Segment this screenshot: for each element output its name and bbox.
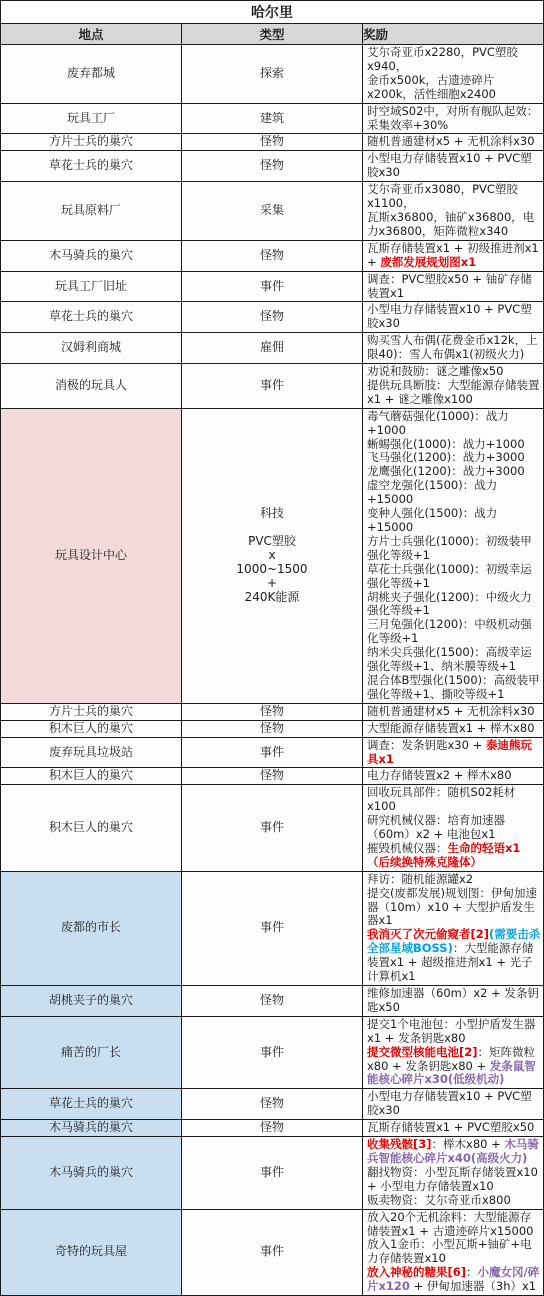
type-line: + (184, 577, 360, 591)
type-cell: 事件 (182, 737, 363, 768)
page-title: 哈尔里 (1, 1, 544, 24)
location-cell: 草花士兵的巢穴 (1, 302, 182, 333)
location-cell: 废弃都城 (1, 45, 182, 104)
reward-line: 瓦斯存储装置x1 + 初级推进剂x1 + 废都发展规划图x1 (367, 242, 541, 270)
type-line: 怪物 (184, 705, 360, 719)
reward-cell: 收集残骸[3]：榉木x80 + 木马骑兵智能核心碎片x40(高级火力)翻找物资：… (363, 1137, 544, 1210)
reward-cell: 随机普通建材x5 + 无机涂料x30 (363, 703, 544, 720)
reward-line: 随机普通建材x5 + 无机涂料x30 (367, 135, 541, 149)
table-row: 汉姆利商城雇佣购买雪人布偶(花费金币x12k，上限40)：雪人布偶x1(初级火力… (1, 333, 544, 364)
type-line: 建筑 (184, 112, 360, 126)
reward-segment-red: 废都发展规划图x1 (380, 255, 476, 269)
reward-segment: 草花士兵强化(1000)：初级幸运强化等级+1 (367, 562, 532, 590)
location-cell: 废都的市长 (1, 871, 182, 985)
reward-cell: 瓦斯存储装置x1 + 初级推进剂x1 + 废都发展规划图x1 (363, 240, 544, 271)
reward-segment: 小型电力存储装置x10 + PVC塑胶x30 (367, 151, 532, 179)
reward-segment: 拜访：随机能源罐x2 (367, 872, 473, 886)
reward-line: 随机普通建材x5 + 无机涂料x30 (367, 705, 541, 719)
reward-line: 蜥蜴强化(1000)：战力+1000 (367, 438, 541, 452)
type-cell: 事件 (182, 271, 363, 302)
reward-segment: 纳米尖兵强化(1500)：高级幸运强化等级+1、纳米膜等级+1 (367, 645, 532, 673)
reward-line: 翻找物资：小型瓦斯存储装置x10 + 小型电力存储装置x10 (367, 1166, 541, 1194)
table-row: 玩具原料厂采集艾尔奇亚币x3080，PVC塑胶x1100，瓦斯x36800，铀矿… (1, 182, 544, 241)
table-body: 废弃都城探索艾尔奇亚币x2280，PVC塑胶x940，金币x500k，古遗迹碎片… (1, 45, 544, 1296)
column-header-type: 类型 (182, 24, 363, 45)
reward-line: 劝说和鼓励：谜之雕像x50 (367, 365, 541, 379)
reward-segment: 三月兔强化(1200)：中级机动强化等级+1 (367, 617, 532, 645)
reward-segment: 劝说和鼓励：谜之雕像x50 (367, 364, 503, 378)
reward-segment-red: 提交微型核能电池[2] (367, 1045, 478, 1059)
reward-cell: 维修加速器（60m）x2 + 发条钥匙x50 (363, 986, 544, 1017)
reward-segment: 瓦斯存储装置x1 + PVC塑胶x50 (367, 1120, 534, 1134)
reward-cell: 小型电力存储装置x10 + PVC塑胶x30 (363, 302, 544, 333)
reward-line: 艾尔奇亚币x3080，PVC塑胶x1100， (367, 183, 541, 211)
type-line: 事件 (184, 821, 360, 835)
type-cell: 怪物 (182, 1120, 363, 1137)
reward-cell: 电力存储装置x2 + 榉木x80 (363, 768, 544, 785)
reward-line: 草花士兵强化(1000)：初级幸运强化等级+1 (367, 563, 541, 591)
location-cell: 草花士兵的巢穴 (1, 151, 182, 182)
location-cell: 积木巨人的巢穴 (1, 785, 182, 871)
reward-line: 收集残骸[3]：榉木x80 + 木马骑兵智能核心碎片x40(高级火力) (367, 1138, 541, 1166)
type-cell: 事件 (182, 364, 363, 409)
reward-segment: 毒气蘑菇强化(1000)：战力+1000 (367, 409, 509, 437)
reward-line: 瓦斯存储装置x1 + PVC塑胶x50 (367, 1121, 541, 1135)
table-row: 痛苦的厂长事件提交1个电池包：小型护盾发生器x1 + 发条钥匙x80提交微型核能… (1, 1016, 544, 1089)
reward-cell: 时空域S02中，对所有舰队起效：采集效率+30% (363, 103, 544, 134)
reward-table: 哈尔里 地点 类型 奖励 废弃都城探索艾尔奇亚币x2280，PVC塑胶x940，… (0, 0, 544, 1296)
reward-cell: 放入20个无机涂料：大型能源存储装置x1 + 古遗迹碎片x15000放入1金币：… (363, 1209, 544, 1295)
location-cell: 积木巨人的巢穴 (1, 768, 182, 785)
type-line: 240K能源 (184, 591, 360, 605)
table-row: 玩具工厂旧址事件调查：PVC塑胶x50 + 铀矿存储装置x1 (1, 271, 544, 302)
location-cell: 痛苦的厂长 (1, 1016, 182, 1089)
type-line: 怪物 (184, 135, 360, 149)
type-cell: 事件 (182, 1016, 363, 1089)
type-line: 采集 (184, 204, 360, 218)
reward-line: 小型电力存储装置x10 + PVC塑胶x30 (367, 152, 541, 180)
reward-line: 飞马强化(1200)：战力+3000 (367, 451, 541, 465)
table-row: 草花士兵的巢穴怪物小型电力存储装置x10 + PVC塑胶x30 (1, 1089, 544, 1120)
reward-segment: 艾尔奇亚币x2280，PVC塑胶x940， (367, 45, 518, 73)
type-cell: 雇佣 (182, 333, 363, 364)
type-line: 怪物 (184, 1121, 360, 1135)
reward-line: 回收玩具部件：随机S02耗材x100 (367, 786, 541, 814)
type-line: 雇佣 (184, 341, 360, 355)
table-row: 废弃玩具垃圾站事件调查：发条钥匙x30 + 泰迪熊玩具x1 (1, 737, 544, 768)
type-line: 怪物 (184, 994, 360, 1008)
reward-segment: 虚空龙强化(1500)：战力+15000 (367, 478, 497, 506)
reward-segment: 蜥蜴强化(1000)：战力+1000 (367, 437, 525, 451)
reward-line: 变种人强化(1500)：战力+15000 (367, 507, 541, 535)
type-cell: 事件 (182, 785, 363, 871)
reward-line: 小型电力存储装置x10 + PVC塑胶x30 (367, 1090, 541, 1118)
table-row: 木马骑兵的巢穴怪物瓦斯存储装置x1 + PVC塑胶x50 (1, 1120, 544, 1137)
reward-segment: 随机普通建材x5 + 无机涂料x30 (367, 134, 535, 148)
reward-line: 大型能源存储装置x1 + 榉木x80 (367, 722, 541, 736)
type-cell: 怪物 (182, 151, 363, 182)
location-cell: 汉姆利商城 (1, 333, 182, 364)
location-cell: 方片士兵的巢穴 (1, 134, 182, 151)
type-cell: 怪物 (182, 1089, 363, 1120)
reward-line: 虚空龙强化(1500)：战力+15000 (367, 479, 541, 507)
location-cell: 玩具原料厂 (1, 182, 182, 241)
reward-segment: 时空域S02中，对所有舰队起效：采集效率+30% (367, 104, 538, 132)
reward-cell: 回收玩具部件：随机S02耗材x100研究机械仪器：培育加速器（60m）x2 + … (363, 785, 544, 871)
location-cell: 木马骑兵的巢穴 (1, 1137, 182, 1210)
table-row: 消极的玩具人事件劝说和鼓励：谜之雕像x50提供玩具断肢：大型能源存储装置x1 +… (1, 364, 544, 409)
reward-segment: 研究机械仪器：培育加速器（60m）x2 + 电池包x1 (367, 813, 505, 841)
reward-line: 胡桃夹子强化(1200)：中级火力强化等级+1 (367, 591, 541, 619)
reward-segment: 调查：发条钥匙x30 + (367, 738, 486, 752)
column-header-location: 地点 (1, 24, 182, 45)
reward-line: 提交(废都发展)规划图：伊甸加速器（10m）x10 + 大型护盾发生器x1 (367, 887, 541, 929)
reward-line: 时空域S02中，对所有舰队起效：采集效率+30% (367, 105, 541, 133)
location-cell: 木马骑兵的巢穴 (1, 1120, 182, 1137)
type-line: 怪物 (184, 1097, 360, 1111)
table-row: 方片士兵的巢穴怪物随机普通建材x5 + 无机涂料x30 (1, 134, 544, 151)
reward-line: 放入神秘的糖果[6]：小魔女冈/碎片x120 + 伊甸加速器（3h）x1 (367, 1266, 541, 1294)
reward-line: 调查：PVC塑胶x50 + 铀矿存储装置x1 (367, 273, 541, 301)
reward-segment: 艾尔奇亚币x3080，PVC塑胶x1100， (367, 182, 518, 210)
reward-segment: 瓦斯x36800，铀矿x36800，电力x36800，矩阵微粒x340 (367, 210, 534, 238)
reward-segment: 电力存储装置x2 + 榉木x80 (367, 768, 512, 782)
title-row: 哈尔里 (1, 1, 544, 24)
reward-cell: 毒气蘑菇强化(1000)：战力+1000蜥蜴强化(1000)：战力+1000飞马… (363, 408, 544, 703)
type-cell: 怪物 (182, 986, 363, 1017)
type-line: 事件 (184, 746, 360, 760)
reward-segment: 小型电力存储装置x10 + PVC塑胶x30 (367, 1089, 532, 1117)
reward-segment: 大型能源存储装置x1 + 榉木x80 (367, 721, 535, 735)
table-row: 木马骑兵的巢穴事件收集残骸[3]：榉木x80 + 木马骑兵智能核心碎片x40(高… (1, 1137, 544, 1210)
reward-line: 混合体B型强化(1500)：高级装甲强化等级+1、撕咬等级+1 (367, 674, 541, 702)
reward-segment: 胡桃夹子强化(1200)：中级火力强化等级+1 (367, 590, 532, 618)
reward-line: 维修加速器（60m）x2 + 发条钥匙x50 (367, 987, 541, 1015)
reward-segment: 放入20个无机涂料：大型能源存储装置x1 + 古遗迹碎片x15000 (367, 1210, 533, 1238)
reward-segment: 变种人强化(1500)：战力+15000 (367, 506, 497, 534)
table-row: 积木巨人的巢穴怪物电力存储装置x2 + 榉木x80 (1, 768, 544, 785)
type-line (184, 521, 360, 535)
type-cell: 怪物 (182, 768, 363, 785)
reward-segment: ： (466, 1265, 478, 1279)
reward-segment: ：榉木x80 + (432, 1137, 505, 1151)
type-line: x (184, 549, 360, 563)
header-row: 地点 类型 奖励 (1, 24, 544, 45)
table-row: 废都的市长事件拜访：随机能源罐x2提交(废都发展)规划图：伊甸加速器（10m）x… (1, 871, 544, 985)
reward-line: 毒气蘑菇强化(1000)：战力+1000 (367, 410, 541, 438)
type-line: 怪物 (184, 722, 360, 736)
reward-line: 艾尔奇亚币x2280，PVC塑胶x940， (367, 46, 541, 74)
reward-cell: 调查：发条钥匙x30 + 泰迪熊玩具x1 (363, 737, 544, 768)
location-cell: 奇特的玩具屋 (1, 1209, 182, 1295)
reward-segment: 小型电力存储装置x10 + PVC塑胶x30 (367, 302, 532, 330)
type-cell: 建筑 (182, 103, 363, 134)
column-header-reward: 奖励 (363, 24, 544, 45)
reward-line: 贩卖物资：艾尔奇亚币x800 (367, 1194, 541, 1208)
type-cell: 怪物 (182, 302, 363, 333)
reward-line: 摧毁机械仪器：生命的轻语x1 （后续换特殊克隆体） (367, 842, 541, 870)
type-line: 事件 (184, 921, 360, 935)
location-cell: 积木巨人的巢穴 (1, 720, 182, 737)
reward-line: 电力存储装置x2 + 榉木x80 (367, 769, 541, 783)
reward-segment-red: 我消灭了次元偷窥者[2] (367, 927, 489, 941)
type-cell: 怪物 (182, 720, 363, 737)
reward-segment: 提供玩具断肢：大型能源存储装置x1 + 谜之雕像x100 (367, 378, 540, 406)
location-cell: 废弃玩具垃圾站 (1, 737, 182, 768)
reward-segment: 摧毁机械仪器： (367, 841, 448, 855)
type-line: 科技 (184, 507, 360, 521)
location-cell: 玩具工厂旧址 (1, 271, 182, 302)
type-line: 事件 (184, 1166, 360, 1180)
table-row: 草花士兵的巢穴怪物小型电力存储装置x10 + PVC塑胶x30 (1, 302, 544, 333)
reward-cell: 购买雪人布偶(花费金币x12k，上限40)：雪人布偶x1(初级火力) (363, 333, 544, 364)
reward-line: 瓦斯x36800，铀矿x36800，电力x36800，矩阵微粒x340 (367, 211, 541, 239)
reward-segment: 混合体B型强化(1500)：高级装甲强化等级+1、撕咬等级+1 (367, 673, 540, 701)
location-cell: 方片士兵的巢穴 (1, 703, 182, 720)
reward-cell: 随机普通建材x5 + 无机涂料x30 (363, 134, 544, 151)
table-row: 废弃都城探索艾尔奇亚币x2280，PVC塑胶x940，金币x500k，古遗迹碎片… (1, 45, 544, 104)
location-cell: 胡桃夹子的巢穴 (1, 986, 182, 1017)
reward-segment: 提交(废都发展)规划图：伊甸加速器（10m）x10 + 大型护盾发生器x1 (367, 886, 537, 928)
type-cell: 怪物 (182, 703, 363, 720)
location-cell: 消极的玩具人 (1, 364, 182, 409)
reward-segment: 调查：PVC塑胶x50 + 铀矿存储装置x1 (367, 272, 532, 300)
type-line: 怪物 (184, 249, 360, 263)
reward-line: 放入20个无机涂料：大型能源存储装置x1 + 古遗迹碎片x15000 (367, 1211, 541, 1239)
reward-cell: 拜访：随机能源罐x2提交(废都发展)规划图：伊甸加速器（10m）x10 + 大型… (363, 871, 544, 985)
reward-line: 放入1金币：小型瓦斯+铀矿+电力存储装置x10 (367, 1238, 541, 1266)
reward-line: 拜访：随机能源罐x2 (367, 873, 541, 887)
reward-cell: 瓦斯存储装置x1 + PVC塑胶x50 (363, 1120, 544, 1137)
reward-line: 我消灭了次元偷窥者[2](需要击杀全部星域BOSS)：大型能源存储装置x1 + … (367, 928, 541, 984)
type-cell: 科技 PVC塑胶x1000~1500+240K能源 (182, 408, 363, 703)
reward-segment: + 伊甸加速器（3h）x1 (410, 1279, 536, 1293)
type-line: 事件 (184, 1046, 360, 1060)
type-line: 怪物 (184, 769, 360, 783)
table-row: 玩具设计中心科技 PVC塑胶x1000~1500+240K能源毒气蘑菇强化(10… (1, 408, 544, 703)
table-row: 胡桃夹子的巢穴怪物维修加速器（60m）x2 + 发条钥匙x50 (1, 986, 544, 1017)
reward-line: 方片士兵强化(1000)：初级装甲强化等级+1 (367, 535, 541, 563)
reward-segment: 贩卖物资：艾尔奇亚币x800 (367, 1193, 511, 1207)
reward-segment-red: 放入神秘的糖果[6] (367, 1265, 466, 1279)
location-cell: 玩具工厂 (1, 103, 182, 134)
type-line: 事件 (184, 1245, 360, 1259)
reward-line: 购买雪人布偶(花费金币x12k，上限40)：雪人布偶x1(初级火力) (367, 334, 541, 362)
reward-segment: 翻找物资：小型瓦斯存储装置x10 + 小型电力存储装置x10 (367, 1165, 538, 1193)
type-cell: 事件 (182, 1209, 363, 1295)
type-line: 事件 (184, 280, 360, 294)
table-row: 积木巨人的巢穴怪物大型能源存储装置x1 + 榉木x80 (1, 720, 544, 737)
reward-cell: 提交1个电池包：小型护盾发生器x1 + 发条钥匙x80提交微型核能电池[2]：矩… (363, 1016, 544, 1089)
location-cell: 草花士兵的巢穴 (1, 1089, 182, 1120)
type-line: 探索 (184, 67, 360, 81)
reward-segment: 提交1个电池包：小型护盾发生器x1 + 发条钥匙x80 (367, 1017, 535, 1045)
table-row: 玩具工厂建筑时空域S02中，对所有舰队起效：采集效率+30% (1, 103, 544, 134)
reward-line: 龙鹰强化(1200)：战力+3000 (367, 465, 541, 479)
reward-line: 金币x500k，古遗迹碎片x200k，活性细胞x2400 (367, 74, 541, 102)
reward-line: 小型电力存储装置x10 + PVC塑胶x30 (367, 303, 541, 331)
reward-segment: 金币x500k，古遗迹碎片x200k，活性细胞x2400 (367, 73, 496, 101)
reward-segment: 随机普通建材x5 + 无机涂料x30 (367, 704, 535, 718)
reward-segment: 放入1金币：小型瓦斯+铀矿+电力存储装置x10 (367, 1237, 532, 1265)
reward-segment: 回收玩具部件：随机S02耗材x100 (367, 785, 515, 813)
reward-cell: 调查：PVC塑胶x50 + 铀矿存储装置x1 (363, 271, 544, 302)
type-line: PVC塑胶 (184, 535, 360, 549)
reward-line: 提交1个电池包：小型护盾发生器x1 + 发条钥匙x80 (367, 1018, 541, 1046)
reward-segment: 维修加速器（60m）x2 + 发条钥匙x50 (367, 986, 539, 1014)
type-cell: 事件 (182, 1137, 363, 1210)
type-line: 怪物 (184, 310, 360, 324)
reward-cell: 艾尔奇亚币x3080，PVC塑胶x1100，瓦斯x36800，铀矿x36800，… (363, 182, 544, 241)
reward-line: 调查：发条钥匙x30 + 泰迪熊玩具x1 (367, 739, 541, 767)
reward-segment-red: 收集残骸[3] (367, 1137, 432, 1151)
type-cell: 探索 (182, 45, 363, 104)
type-line: 事件 (184, 379, 360, 393)
reward-line: 提供玩具断肢：大型能源存储装置x1 + 谜之雕像x100 (367, 379, 541, 407)
type-cell: 怪物 (182, 134, 363, 151)
reward-line: 提交微型核能电池[2]：矩阵微粒x80 + 发条钥匙x80 + 发条鼠智能核心碎… (367, 1046, 541, 1088)
type-cell: 事件 (182, 871, 363, 985)
reward-cell: 小型电力存储装置x10 + PVC塑胶x30 (363, 151, 544, 182)
reward-segment: 龙鹰强化(1200)：战力+3000 (367, 464, 525, 478)
type-line: 1000~1500 (184, 563, 360, 577)
reward-segment: 方片士兵强化(1000)：初级装甲强化等级+1 (367, 534, 532, 562)
table-row: 方片士兵的巢穴怪物随机普通建材x5 + 无机涂料x30 (1, 703, 544, 720)
reward-cell: 小型电力存储装置x10 + PVC塑胶x30 (363, 1089, 544, 1120)
table-row: 奇特的玩具屋事件放入20个无机涂料：大型能源存储装置x1 + 古遗迹碎片x150… (1, 1209, 544, 1295)
reward-line: 三月兔强化(1200)：中级机动强化等级+1 (367, 618, 541, 646)
reward-segment: 购买雪人布偶(花费金币x12k，上限40)：雪人布偶x1(初级火力) (367, 333, 538, 361)
reward-cell: 劝说和鼓励：谜之雕像x50提供玩具断肢：大型能源存储装置x1 + 谜之雕像x10… (363, 364, 544, 409)
table-row: 草花士兵的巢穴怪物小型电力存储装置x10 + PVC塑胶x30 (1, 151, 544, 182)
type-line: 怪物 (184, 159, 360, 173)
table-row: 积木巨人的巢穴事件回收玩具部件：随机S02耗材x100研究机械仪器：培育加速器（… (1, 785, 544, 871)
reward-line: 研究机械仪器：培育加速器（60m）x2 + 电池包x1 (367, 814, 541, 842)
type-cell: 怪物 (182, 240, 363, 271)
reward-segment: 飞马强化(1200)：战力+3000 (367, 450, 525, 464)
type-cell: 采集 (182, 182, 363, 241)
location-cell: 玩具设计中心 (1, 408, 182, 703)
reward-cell: 艾尔奇亚币x2280，PVC塑胶x940，金币x500k，古遗迹碎片x200k，… (363, 45, 544, 104)
table-row: 木马骑兵的巢穴怪物瓦斯存储装置x1 + 初级推进剂x1 + 废都发展规划图x1 (1, 240, 544, 271)
location-cell: 木马骑兵的巢穴 (1, 240, 182, 271)
reward-line: 纳米尖兵强化(1500)：高级幸运强化等级+1、纳米膜等级+1 (367, 646, 541, 674)
reward-cell: 大型能源存储装置x1 + 榉木x80 (363, 720, 544, 737)
